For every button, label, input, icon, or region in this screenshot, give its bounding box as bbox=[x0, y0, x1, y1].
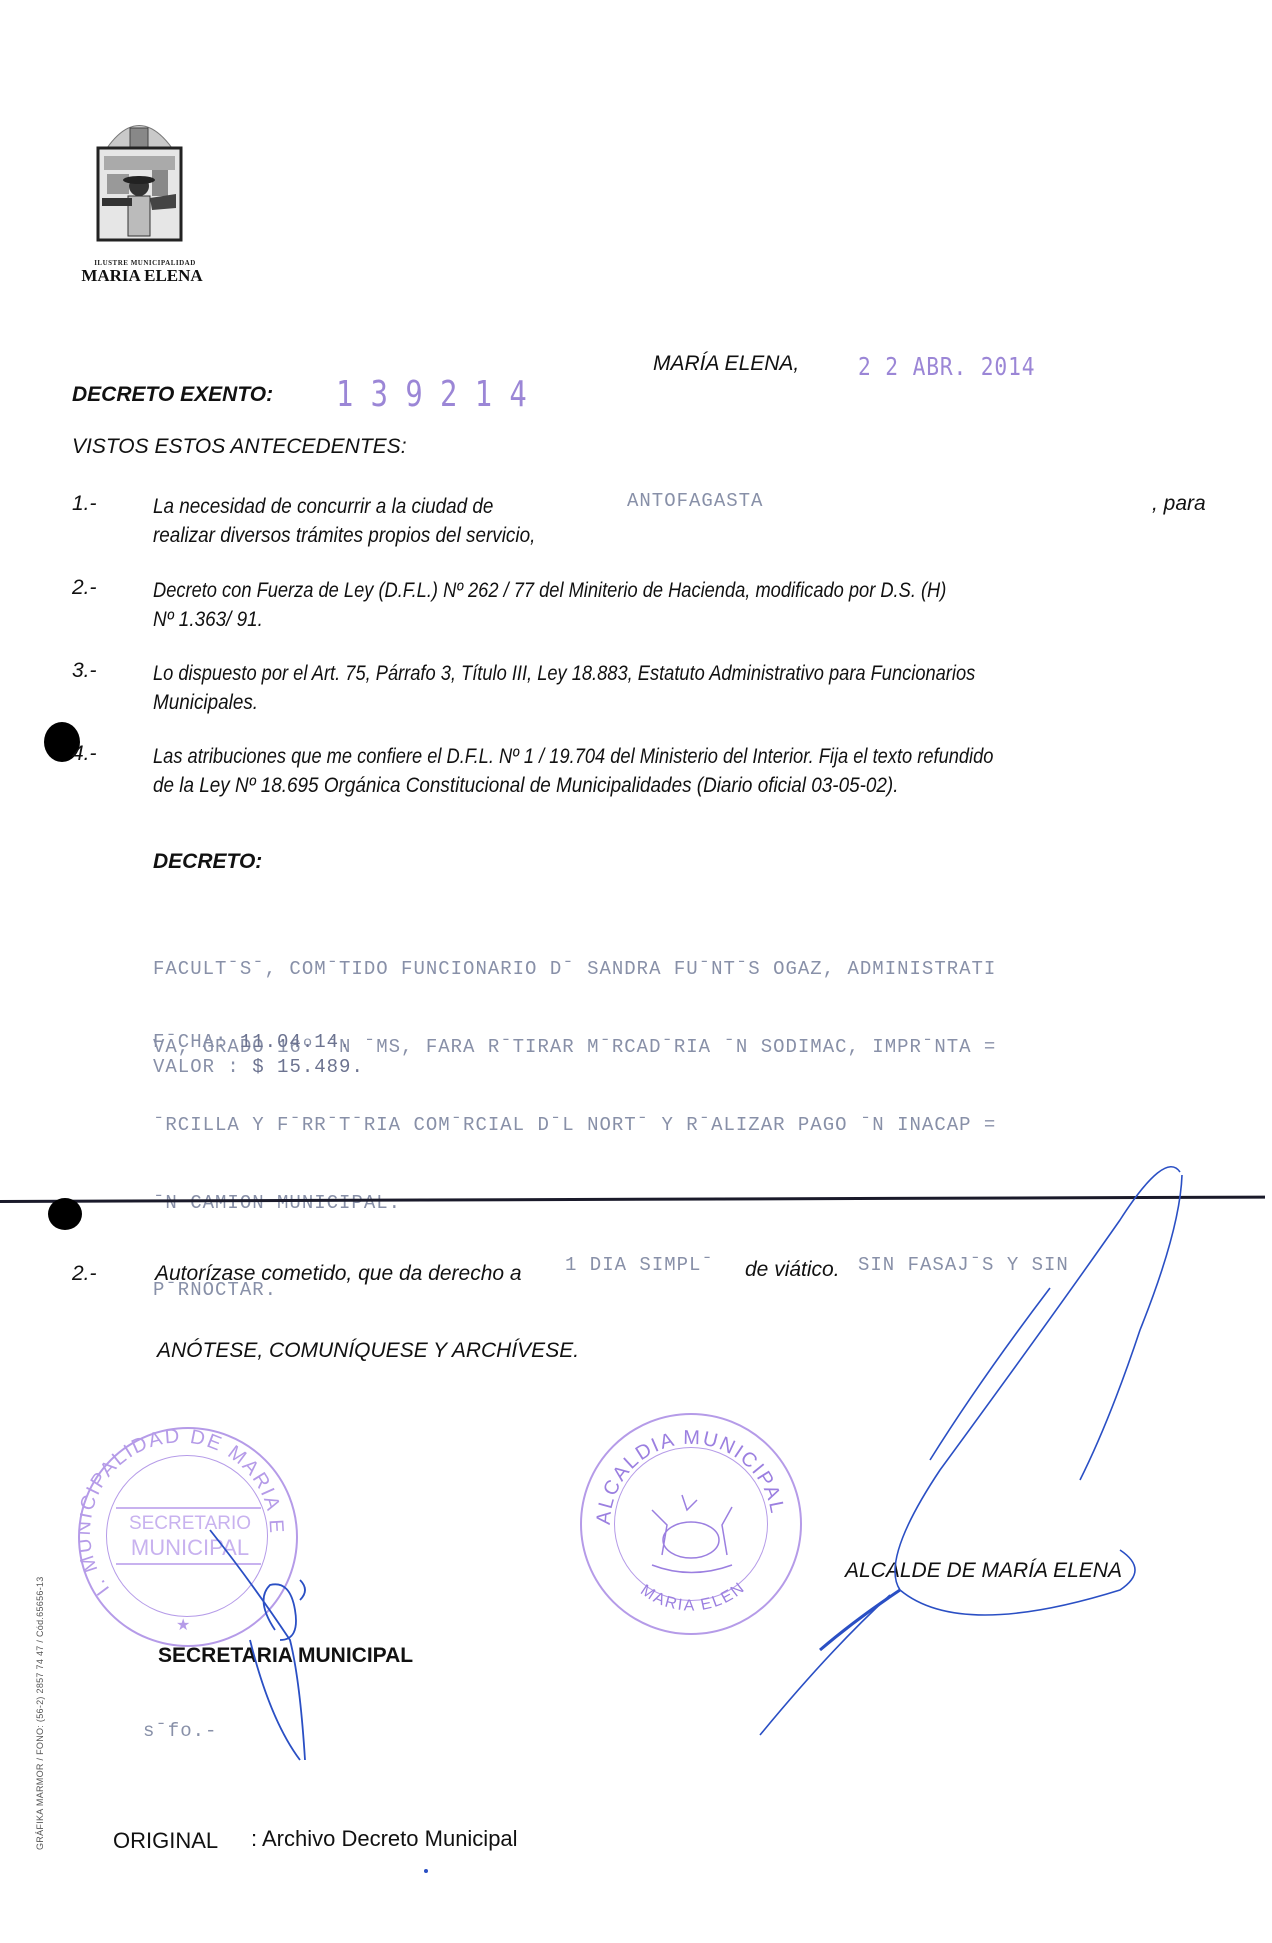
item-1-text: La necesidad de concurrir a la ciudad de bbox=[153, 492, 493, 521]
item-4-line1: Las atribuciones que me confiere el D.F.… bbox=[153, 742, 993, 771]
item-1-line1-end: , para bbox=[1152, 492, 1206, 516]
closing-formula: ANÓTESE, COMUNÍQUESE Y ARCHÍVESE. bbox=[157, 1339, 579, 1363]
secretary-stamp-center-1: SECRETARIO bbox=[120, 1513, 260, 1535]
item-4-number: 4.- bbox=[72, 742, 97, 766]
secretary-title: SECRETARIA MUNICIPAL bbox=[158, 1644, 413, 1668]
stamp-band-top bbox=[116, 1507, 261, 1509]
mayor-title: ALCALDE DE MARÍA ELENA bbox=[845, 1559, 1122, 1583]
resolution-typed-days: 1 DIA SIMPLˉ bbox=[565, 1254, 714, 1276]
distribution-label: ORIGINAL bbox=[113, 1828, 218, 1854]
decree-number-stamp: 1 3 9 2 1 4 bbox=[336, 374, 527, 415]
place-label: MARÍA ELENA, bbox=[653, 352, 799, 376]
municipal-coat-of-arms-icon bbox=[92, 108, 187, 243]
date-stamp: 2 2 ABR. 2014 bbox=[858, 352, 1035, 381]
item-3-line2: Municipales. bbox=[153, 688, 258, 717]
item-1-line1: La necesidad de concurrir a la ciudad de bbox=[153, 495, 493, 518]
item-2-line1: Decreto con Fuerza de Ley (D.F.L.) Nº 26… bbox=[153, 576, 946, 605]
item-4-line2: de la Ley Nº 18.695 Orgánica Constitucio… bbox=[153, 771, 898, 800]
secretary-initials: sˉfo.- bbox=[143, 1720, 217, 1742]
printer-side-text: GRÁFIKA MARMOR / FONO: (56-2) 2857 74 47… bbox=[35, 1576, 45, 1850]
decreto-line-4: ˉN CAMION MUNICIPAL. bbox=[153, 1190, 996, 1216]
resolution-typed-tail-2: PˉRNOCTAR. bbox=[153, 1279, 277, 1301]
fecha-value: 11.04.14. bbox=[240, 1031, 352, 1053]
logo-title: MARIA ELENA bbox=[72, 266, 212, 286]
decreto-line-3: ˉRCILLA Y FˉRRˉTˉRIA COMˉRCIAL DˉL NORTˉ… bbox=[153, 1112, 996, 1138]
star-icon: ★ bbox=[176, 1615, 190, 1635]
valor-value: $ 15.489. bbox=[252, 1056, 364, 1078]
item-3-line1: Lo dispuesto por el Art. 75, Párrafo 3, … bbox=[153, 659, 975, 688]
resolution-number: 2.- bbox=[72, 1262, 97, 1286]
decree-label: DECRETO EXENTO: bbox=[72, 383, 273, 407]
stamp-band-bottom bbox=[116, 1563, 261, 1565]
mayor-stamp: ALCALDIA MUNICIPAL MARIA ELENA bbox=[580, 1413, 802, 1635]
decreto-line-1: FACULTˉSˉ, COMˉTIDO FUNCIONARIO Dˉ SANDR… bbox=[153, 956, 996, 982]
item-1-line2: realizar diversos trámites propios del s… bbox=[153, 521, 535, 550]
item-2-line2: Nº 1.363/ 91. bbox=[153, 605, 263, 634]
mayor-signature bbox=[760, 1167, 1182, 1735]
ink-dot bbox=[424, 1869, 428, 1873]
antecedentes-heading: VISTOS ESTOS ANTECEDENTES: bbox=[72, 435, 407, 459]
secretary-stamp-center-2: MUNICIPAL bbox=[120, 1535, 260, 1561]
svg-text:ALCALDIA MUNICIPAL: ALCALDIA MUNICIPAL bbox=[593, 1427, 789, 1526]
item-2-number: 2.- bbox=[72, 576, 97, 600]
decreto-details: FˉCHA: 11.04.14. VALOR : $ 15.489. bbox=[153, 1030, 364, 1080]
decreto-heading: DECRETO: bbox=[153, 850, 262, 874]
item-1-city: ANTOFAGASTA bbox=[627, 490, 763, 512]
municipal-logo bbox=[92, 108, 187, 243]
valor-label: VALOR : bbox=[153, 1056, 240, 1078]
fecha-label: FˉCHA: bbox=[153, 1031, 227, 1053]
distribution-value: : Archivo Decreto Municipal bbox=[251, 1826, 518, 1852]
chilean-coat-of-arms-icon bbox=[652, 1495, 732, 1573]
mayor-stamp-ring-text: ALCALDIA MUNICIPAL MARIA ELENA bbox=[582, 1415, 800, 1633]
item-1-number: 1.- bbox=[72, 492, 97, 516]
resolution-typed-tail-1: SIN FASAJˉS Y SIN bbox=[858, 1254, 1069, 1276]
secretary-stamp: I. MUNICIPALIDAD DE MARIA E. SECRETARIO … bbox=[78, 1427, 298, 1647]
item-3-number: 3.- bbox=[72, 659, 97, 683]
binder-punch-hole-2 bbox=[48, 1198, 82, 1230]
resolution-text-mid: de viático. bbox=[745, 1258, 840, 1282]
